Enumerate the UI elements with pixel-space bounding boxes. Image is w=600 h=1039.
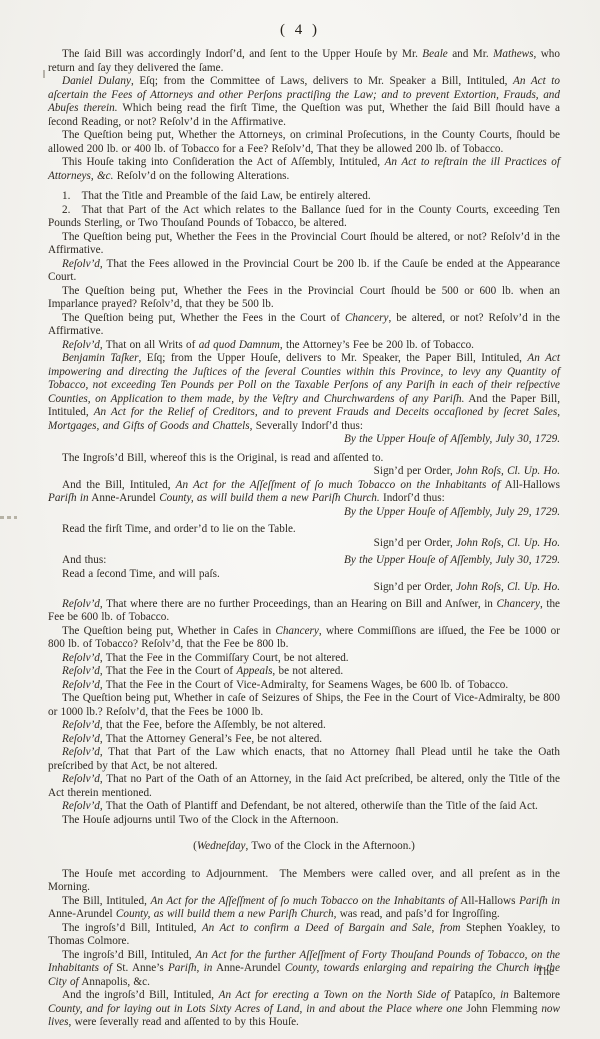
text-segment: Beale — [422, 48, 447, 60]
text-segment: and Mr. — [448, 48, 493, 60]
text-segment: And the Bill, Intituled, — [62, 479, 176, 491]
text-segment: Anne-Arundel — [89, 492, 160, 504]
text-segment: Anne-Arundel — [48, 908, 116, 920]
text-segment: , Eſq; from the Committee of Laws, deliv… — [131, 75, 513, 87]
text-segment: The Queſtion being put, Whether the Fees… — [48, 231, 560, 257]
text-segment: Wedneſday — [197, 840, 246, 852]
text-segment: St. Anne’s — [112, 962, 168, 974]
text-segment: Mathews — [493, 48, 533, 60]
text-segment: By the Upper Houſe of Aſſembly, July 30,… — [344, 433, 560, 445]
text-segment: 1. That the Title and Preamble of the ſa… — [62, 190, 371, 202]
text-segment: John Roſs, Cl. Up. Ho. — [456, 581, 560, 593]
text-segment: Severally Indorſ’d thus: — [252, 420, 363, 432]
text-segment: , That the Oath of Plantiff and Defendan… — [100, 800, 538, 812]
text-segment: Sign’d per Order, — [374, 581, 456, 593]
text-segment: An Act for the Aſſeſſment of ſo much Tob… — [151, 895, 458, 907]
catchword: The — [537, 966, 554, 978]
paragraph: Reſolv’d, That on all Writs of ad quod D… — [48, 339, 560, 353]
paragraph: Reſolv’d, That the Attorney General’s Fe… — [48, 733, 560, 747]
paragraph: The Queſtion being put, Whether in caſe … — [48, 692, 560, 719]
text-segment: County, as will build them a new Pariſh … — [116, 908, 337, 920]
session-heading: (Wedneſday, Two of the Clock in the Afte… — [48, 840, 560, 854]
paragraph: The Houſe met according to Adjournment. … — [48, 868, 560, 895]
paragraph: Read a ſecond Time, and will paſs. — [48, 568, 560, 582]
text-segment: Sign’d per Order, — [374, 537, 456, 549]
text-segment: An Act to confirm a Deed of Bargain and … — [202, 922, 461, 934]
text-segment: Chancery — [275, 625, 319, 637]
text-segment: By the Upper Houſe of Aſſembly, July 30,… — [344, 554, 560, 566]
paragraph: Reſolv’d, That the Fee in the Commiſſary… — [48, 652, 560, 666]
attestation-line: By the Upper Houſe of Aſſembly, July 29,… — [48, 506, 560, 520]
paragraph: Reſolv’d, That no Part of the Oath of an… — [48, 773, 560, 800]
text-segment: Patapſco — [450, 989, 493, 1001]
text-segment: Reſolv’d — [62, 800, 100, 812]
text-segment: Baltemore — [513, 989, 560, 1001]
paragraph: The Bill, Intituled, An Act for the Aſſe… — [48, 895, 560, 922]
text-segment: Pariſh in — [48, 492, 89, 504]
paragraph: This Houſe taking into Conſideration the… — [48, 156, 560, 183]
split-right: By the Upper Houſe of Aſſembly, July 30,… — [344, 554, 560, 568]
text-segment: An Act for the Aſſeſſment of ſo much Tob… — [176, 479, 501, 491]
text-segment: , were ſeverally read and aſſented to by… — [69, 1016, 299, 1028]
text-segment: By the Upper Houſe of Aſſembly, July 29,… — [344, 506, 560, 518]
text-segment: The Queſtion being put, Whether the Fees… — [62, 312, 345, 324]
text-segment: The ingroſs’d Bill, Intituled, — [62, 922, 202, 934]
text-segment: Reſolv’d — [62, 652, 100, 664]
text-segment: Reſolv’d — [62, 258, 100, 270]
text-segment: Anne-Arundel — [212, 962, 285, 974]
text-segment: Reſolv’d — [62, 339, 100, 351]
text-segment: Sign’d per Order, — [374, 465, 456, 477]
text-segment: The Queſtion being put, Whether in Caſes… — [62, 625, 275, 637]
text-segment: , Two of the Clock in the Afternoon.) — [246, 840, 415, 852]
text-segment: Benjamin Taſker — [62, 352, 139, 364]
text-segment: John Flemming — [463, 1003, 542, 1015]
paragraph: The Queſtion being put, Whether the Fees… — [48, 312, 560, 339]
alteration-item: 2. That that Part of the Act which relat… — [48, 204, 560, 231]
text-segment: Appeals — [236, 665, 272, 677]
text-segment: , That the Fees allowed in the Provincia… — [48, 258, 560, 284]
text-segment: Which being read the firſt Time, the Que… — [48, 102, 560, 128]
text-segment: , Eſq; from the Upper Houſe, delivers to… — [139, 352, 528, 364]
text-segment: County, and for laying out in Lots Sixty… — [48, 1003, 463, 1015]
text-segment: , That the Fee in the Commiſſary Court, … — [100, 652, 349, 664]
text-segment: , That no Part of the Oath of an Attorne… — [48, 773, 560, 799]
paragraph: The Houſe adjourns until Two of the Cloc… — [48, 814, 560, 828]
text-segment: All-Hallows — [500, 479, 560, 491]
text-segment: John Roſs, Cl. Up. Ho. — [456, 537, 560, 549]
text-segment: Reſolv’d — [62, 719, 100, 731]
text-segment: The Houſe met according to Adjournment. … — [48, 868, 560, 894]
paragraph: The ſaid Bill was accordingly Indorſ’d, … — [48, 48, 560, 75]
paragraph: The ingroſs’d Bill, Intituled, An Act to… — [48, 922, 560, 949]
paragraph: Read the firſt Time, and order’d to lie … — [48, 523, 560, 537]
text-segment: , That on all Writs of — [100, 339, 199, 351]
alteration-item: 1. That the Title and Preamble of the ſa… — [48, 190, 560, 204]
text-segment: An Act for erecting a Town on the North … — [219, 989, 450, 1001]
attestation-line: Sign’d per Order, John Roſs, Cl. Up. Ho. — [48, 537, 560, 551]
text-segment: , the Attorney’s Fee be 200 lb. of Tobac… — [280, 339, 474, 351]
text-segment: And thus: — [62, 554, 106, 566]
text-segment: The ingroſs’d Bill, Intituled, — [62, 949, 195, 961]
scan-artifact — [43, 70, 45, 78]
paragraph: The ingroſs’d Bill, Intituled, An Act fo… — [48, 949, 560, 990]
attestation-line: Sign’d per Order, John Roſs, Cl. Up. Ho. — [48, 465, 560, 479]
attestation-line: By the Upper Houſe of Aſſembly, July 30,… — [48, 433, 560, 447]
paragraph: The Queſtion being put, Whether in Caſes… — [48, 625, 560, 652]
text-segment: , That that Part of the Law which enacts… — [48, 746, 560, 772]
text-segment: Read a ſecond Time, and will paſs. — [62, 568, 220, 580]
paragraph: Reſolv’d, that the Fee, before the Aſſem… — [48, 719, 560, 733]
text-segment: Chancery — [496, 598, 540, 610]
text-segment: , That where there are no further Procee… — [100, 598, 497, 610]
paragraph: The Queſtion being put, Whether the Atto… — [48, 129, 560, 156]
text-segment: was read, and paſs’d for Ingroſſing. — [336, 908, 499, 920]
text-segment: , That the Fee in the Court of — [100, 665, 236, 677]
text-segment: And the ingroſs’d Bill, Intituled, — [62, 989, 219, 1001]
text-segment: County, as will build them a new Pariſh … — [159, 492, 380, 504]
text-segment: The Bill, Intituled, — [62, 895, 151, 907]
text-segment: Reſolv’d — [62, 746, 100, 758]
text-segment: The Queſtion being put, Whether the Fees… — [48, 285, 560, 311]
text-segment: The Houſe adjourns until Two of the Cloc… — [62, 814, 339, 826]
paragraph: Daniel Dulany, Eſq; from the Committee o… — [48, 75, 560, 129]
split-left: And thus: — [48, 554, 106, 568]
paragraph: Reſolv’d, That the Oath of Plantiff and … — [48, 800, 560, 814]
paragraph: And the Bill, Intituled, An Act for the … — [48, 479, 560, 506]
text-segment: Pariſh, in — [168, 962, 212, 974]
paragraph: And the ingroſs’d Bill, Intituled, An Ac… — [48, 989, 560, 1030]
text-segment: Reſolv’d — [62, 773, 100, 785]
paragraph: Benjamin Taſker, Eſq; from the Upper Hou… — [48, 352, 560, 433]
text-segment: , That the Fee in the Court of Vice-Admi… — [100, 679, 508, 691]
paragraph: Reſolv’d, That the Fee in the Court of V… — [48, 679, 560, 693]
text-segment: Reſolv’d — [62, 733, 100, 745]
text-segment: , in — [493, 989, 514, 1001]
text-segment: All-Hallows — [457, 895, 519, 907]
text-segment: 2. That that Part of the Act which relat… — [48, 204, 560, 230]
text-segment: Reſolv’d — [62, 679, 100, 691]
text-segment: The Queſtion being put, Whether in caſe … — [48, 692, 560, 718]
split-line: And thus:By the Upper Houſe of Aſſembly,… — [48, 554, 560, 568]
text-segment: Reſolv’d — [62, 598, 100, 610]
paragraph: The Ingroſs’d Bill, whereof this is the … — [48, 452, 560, 466]
paragraph: The Queſtion being put, Whether the Fees… — [48, 231, 560, 258]
text-segment: Reſolv’d — [62, 665, 100, 677]
paragraph: Reſolv’d, That where there are no furthe… — [48, 598, 560, 625]
text-segment: The ſaid Bill was accordingly Indorſ’d, … — [62, 48, 422, 60]
page-body: The ſaid Bill was accordingly Indorſ’d, … — [48, 48, 560, 1030]
paragraph: Reſolv’d, That the Fee in the Court of A… — [48, 665, 560, 679]
text-segment: Reſolv’d on the following Alterations. — [113, 170, 289, 182]
text-segment: Indorſ’d thus: — [380, 492, 445, 504]
scan-artifact — [0, 516, 17, 519]
text-segment: Daniel Dulany — [62, 75, 131, 87]
text-segment: Chancery — [345, 312, 389, 324]
paragraph: Reſolv’d, That that Part of the Law whic… — [48, 746, 560, 773]
text-segment: The Ingroſs’d Bill, whereof this is the … — [62, 452, 383, 464]
page-number: ( 4 ) — [0, 0, 600, 39]
attestation-line: Sign’d per Order, John Roſs, Cl. Up. Ho. — [48, 581, 560, 595]
document-page: ( 4 ) The ſaid Bill was accordingly Indo… — [0, 0, 600, 1039]
paragraph: Reſolv’d, That the Fees allowed in the P… — [48, 258, 560, 285]
text-segment: The Queſtion being put, Whether the Atto… — [48, 129, 560, 155]
text-segment: ad quod Damnum — [199, 339, 280, 351]
text-segment: , be not altered. — [272, 665, 343, 677]
paragraph: The Queſtion being put, Whether the Fees… — [48, 285, 560, 312]
text-segment: , That the Attorney General’s Fee, be no… — [100, 733, 322, 745]
text-segment: This Houſe taking into Conſideration the… — [62, 156, 385, 168]
text-segment: John Roſs, Cl. Up. Ho. — [456, 465, 560, 477]
text-segment: Read the firſt Time, and order’d to lie … — [62, 523, 296, 535]
text-segment: Pariſh in — [519, 895, 560, 907]
text-segment: Annapolis, &c. — [79, 976, 150, 988]
text-segment: , that the Fee, before the Aſſembly, be … — [100, 719, 326, 731]
